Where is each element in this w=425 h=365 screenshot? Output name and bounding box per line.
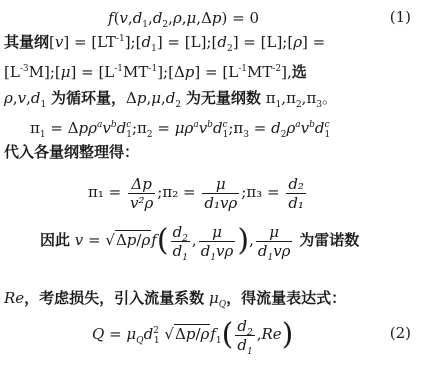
dimensions-line-1: 其量纲[v] = [LT-1];[d1] = [L];[d2] = [L];[ρ… bbox=[4, 32, 325, 52]
pi2-fraction: μd₁vρ bbox=[202, 175, 239, 212]
pi3-fraction: d₂d₁ bbox=[286, 175, 306, 212]
dimensions-line-2: [L-3M];[μ] = [L-1MT-1];[Δp] = [L-1MT-2],… bbox=[4, 62, 307, 82]
sqrt-expression: √Δp/ρ bbox=[105, 218, 151, 262]
substitute-text: 代入各量纲整理得： bbox=[4, 142, 139, 162]
dimension-intro: 其量纲 bbox=[4, 33, 49, 51]
flow-coefficient-line: Re，考虑损失，引入流量系数 μQ，得流量表达式： bbox=[4, 288, 346, 308]
pi-definitions: π1 = Δpρavbdc1;π2 = μρavbdc1;π3 = d2ρavb… bbox=[30, 118, 330, 138]
pi1-fraction: Δpv²ρ bbox=[128, 175, 155, 212]
equation-2-number: (2) bbox=[390, 324, 411, 342]
equation-2: Q = μQd21 √Δp/ρf1(d2d1,Re) bbox=[92, 312, 293, 357]
repeating-vars-line: ρ,v,d1 为循环量，Δp,μ,d2 为无量纲数 π1,π2,π3。 bbox=[4, 88, 337, 108]
therefore-line: 因此 v = √Δp/ρf(d2d1,μd1vρ),μd1vρ 为雷诺数 bbox=[40, 218, 359, 263]
equation-1-number: (1) bbox=[390, 8, 411, 26]
pi-results: π₁ = Δpv²ρ;π₂ = μd₁vρ;π₃ = d₂d₁ bbox=[88, 172, 308, 212]
equation-1: f(v,d1,d2,ρ,μ,Δp) = 0 bbox=[108, 8, 259, 28]
